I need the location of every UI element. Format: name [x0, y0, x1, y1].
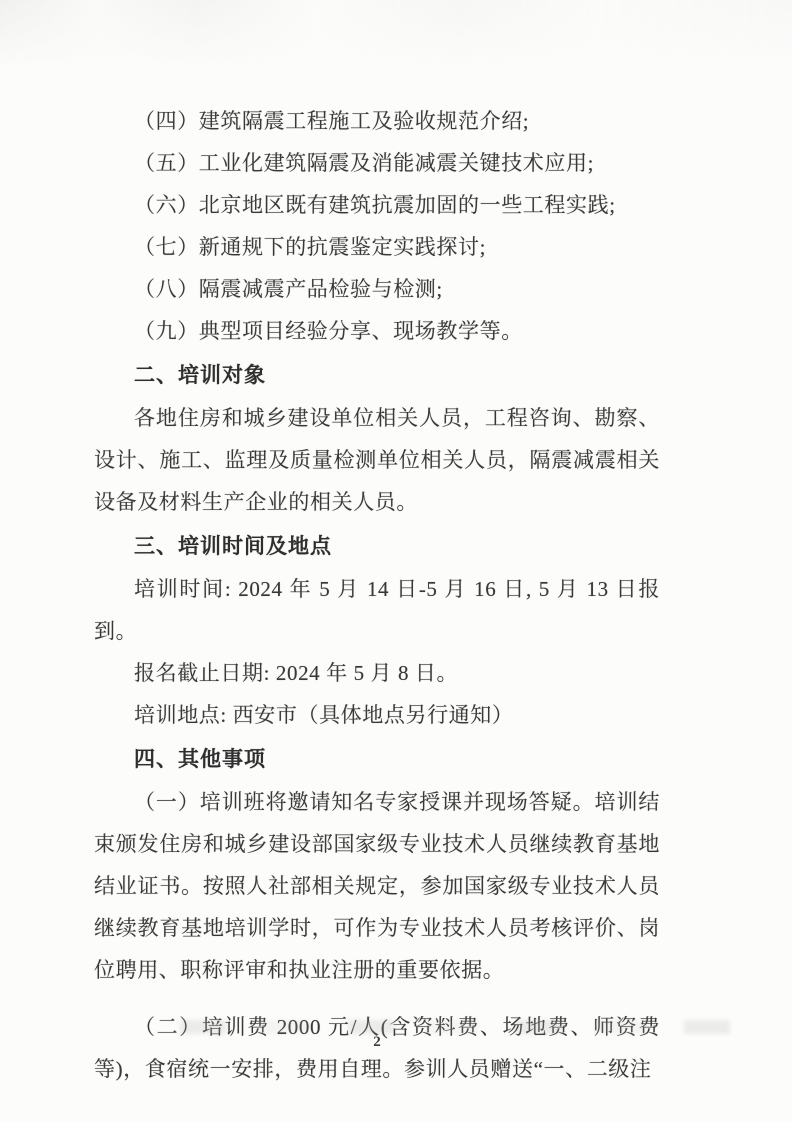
- document-page: （四）建筑隔震工程施工及验收规范介绍; （五）工业化建筑隔震及消能减震关键技术应…: [0, 0, 792, 1122]
- document-body: （四）建筑隔震工程施工及验收规范介绍; （五）工业化建筑隔震及消能减震关键技术应…: [94, 100, 660, 1090]
- agenda-item-5: （五）工业化建筑隔震及消能减震关键技术应用;: [94, 142, 660, 184]
- section-heading-other: 四、其他事项: [94, 739, 660, 781]
- agenda-item-4: （四）建筑隔震工程施工及验收规范介绍;: [94, 100, 660, 142]
- section-heading-audience: 二、培训对象: [94, 355, 660, 397]
- agenda-item-9: （九）典型项目经验分享、现场教学等。: [94, 310, 660, 352]
- agenda-item-7: （七）新通规下的抗震鉴定实践探讨;: [94, 226, 660, 268]
- training-time-line: 培训时间: 2024 年 5 月 14 日-5 月 16 日, 5 月 13 日…: [94, 568, 660, 652]
- agenda-item-6: （六）北京地区既有建筑抗震加固的一些工程实践;: [94, 184, 660, 226]
- agenda-item-8: （八）隔震减震产品检验与检测;: [94, 268, 660, 310]
- audience-paragraph: 各地住房和城乡建设单位相关人员，工程咨询、勘察、设计、施工、监理及质量检测单位相…: [94, 397, 660, 523]
- section-heading-time-place: 三、培训时间及地点: [94, 526, 660, 568]
- certificate-paragraph: （一）培训班将邀请知名专家授课并现场答疑。培训结束颁发住房和城乡建设部国家级专业…: [94, 781, 660, 991]
- scan-noise-top: [0, 0, 792, 70]
- registration-deadline-line: 报名截止日期: 2024 年 5 月 8 日。: [94, 652, 660, 694]
- page-number: 2: [94, 1034, 660, 1051]
- training-location-line: 培训地点: 西安市（具体地点另行通知）: [94, 694, 660, 736]
